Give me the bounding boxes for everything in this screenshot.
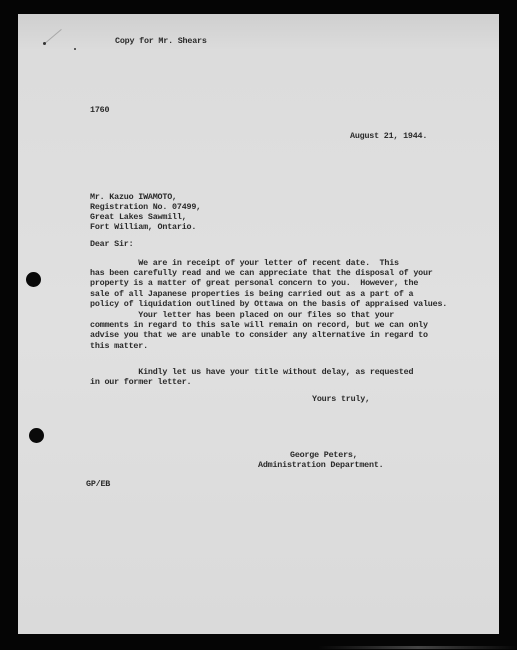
body-line: in our former letter. xyxy=(90,377,191,388)
letter-date: August 21, 1944. xyxy=(350,131,427,142)
recipient-name: Mr. Kazuo IWAMOTO, xyxy=(90,192,177,203)
closing: Yours truly, xyxy=(312,394,370,405)
body-line: this matter. xyxy=(90,341,148,352)
scratch-mark xyxy=(44,29,61,44)
body-line: Your letter has been placed on our files… xyxy=(90,310,394,321)
body-line: comments in regard to this sale will rem… xyxy=(90,320,428,331)
recipient-company: Great Lakes Sawmill, xyxy=(90,212,187,223)
recipient-registration: Registration No. 07499, xyxy=(90,202,201,213)
recipient-city: Fort William, Ontario. xyxy=(90,222,196,233)
letter-page: Copy for Mr. Shears 1760 August 21, 1944… xyxy=(18,14,499,634)
body-line: sale of all Japanese properties is being… xyxy=(90,289,413,300)
body-line: Kindly let us have your title without de… xyxy=(90,367,413,378)
copy-note: Copy for Mr. Shears xyxy=(115,36,207,47)
body-line: advise you that we are unable to conside… xyxy=(90,330,428,341)
punch-hole xyxy=(26,272,41,287)
signature-title: Administration Department. xyxy=(258,460,383,471)
file-number: 1760 xyxy=(90,105,109,116)
punch-hole xyxy=(29,428,44,443)
speck xyxy=(43,42,46,45)
page-edge-shadow xyxy=(318,646,517,649)
body-line: We are in receipt of your letter of rece… xyxy=(90,258,399,269)
signature-name: George Peters, xyxy=(290,450,358,461)
speck xyxy=(74,48,76,50)
salutation: Dear Sir: xyxy=(90,239,133,250)
body-line: property is a matter of great personal c… xyxy=(90,278,418,289)
body-line: has been carefully read and we can appre… xyxy=(90,268,433,279)
typist-initials: GP/EB xyxy=(86,479,110,490)
body-line: policy of liquidation outlined by Ottawa… xyxy=(90,299,447,310)
